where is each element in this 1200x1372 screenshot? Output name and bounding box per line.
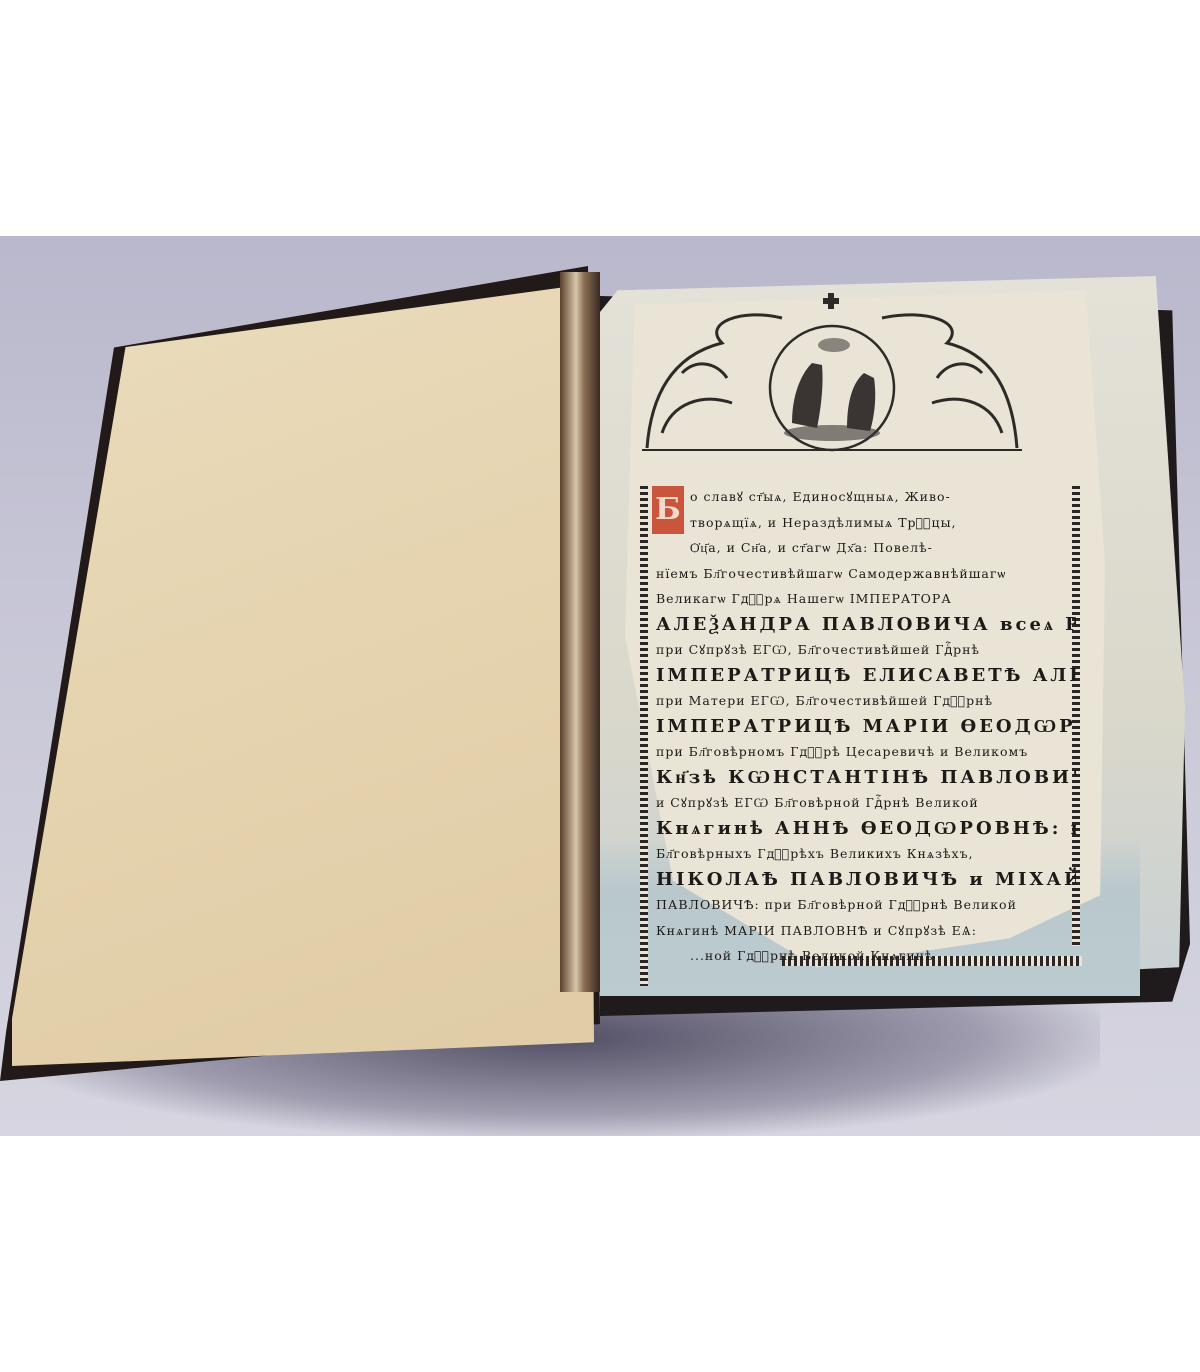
text-line: ІМПЕРАТРИЦѢ ЕЛИСАВЕТѢ АЛЕѮІЕВНѢ: <box>656 663 1076 689</box>
text-line: при Матери ЕГѠ, Бл҃гочестивѣйшей Гдⷭ҇рнѣ <box>656 688 1076 714</box>
text-line: Кнѧгинѣ МАРІИ ПАВЛОВНѢ и Сꙋпрꙋзѣ ЕѦ: <box>656 918 1076 944</box>
text-line: НІКОЛАѢ ПАВЛОВИЧѢ и МІХАЙЛѢ <box>656 867 1076 893</box>
blank-endpaper <box>12 276 594 1066</box>
text-line: творѧщїѧ, и Нераздѣлимыѧ Трⷪ҇цы, <box>656 510 1076 536</box>
text-line: и Сꙋпрꙋзѣ ЕГѠ Бл҃говѣрной Гдⷭ҇рнѣ Велико… <box>656 790 1076 816</box>
text-line: Ѻ҆ц҃а, и Сн҃а, и ст҃агѡ Дх҃а: Повелѣ- <box>656 535 1076 561</box>
ornamental-border-left <box>640 486 648 986</box>
text-line: Кн҃зѣ КѠНСТАНТІНѢ ПАВЛОВИЧѢ, <box>656 765 1076 791</box>
woodcut-headpiece <box>642 293 1022 453</box>
text-line: Кнѧгинѣ АННѢ ѲЕОДѠРОВНѢ: при <box>656 816 1076 842</box>
text-line: Великагѡ Гдⷭ҇рѧ Нашегѡ ІМПЕРАТОРА <box>656 586 1076 612</box>
title-text: о славꙋ ст҃ыѧ, Единосꙋщныѧ, Живо- творѧщ… <box>656 484 1076 969</box>
book-photograph: Б о славꙋ ст҃ыѧ, Единосꙋщныѧ, Живо- твор… <box>0 236 1200 1136</box>
text-line: ПАВЛОВИЧѢ: при Бл҃говѣрной Гдⷭ҇рнѣ Велик… <box>656 892 1076 918</box>
text-line: ...ной Гдⷭ҇рнѣ Великой Кнѧгинѣ <box>656 943 1076 969</box>
text-line: ІМПЕРАТРИЦѢ МАРІИ ѲЕОДѠРОВНѢ: <box>656 714 1076 740</box>
text-line: о славꙋ ст҃ыѧ, Единосꙋщныѧ, Живо- <box>656 484 1076 510</box>
text-line: АЛЕѮАНДРА ПАВЛОВИЧА всеѧ Рѡссїи: <box>656 612 1076 638</box>
book-spine <box>560 272 600 992</box>
text-line: при Сꙋпрꙋзѣ ЕГѠ, Бл҃гочестивѣйшей Гдⷭ҇рн… <box>656 637 1076 663</box>
text-line: Бл҃говѣрныхъ Гдⷭ҇рѣхъ Великихъ Кнѧзѣхъ, <box>656 841 1076 867</box>
text-line: нїемъ Бл҃гочестивѣйшагѡ Самодержавнѣйшаг… <box>656 561 1076 587</box>
text-line: при Бл҃говѣрномъ Гдⷭ҇рѣ Цесаревичѣ и Вел… <box>656 739 1076 765</box>
